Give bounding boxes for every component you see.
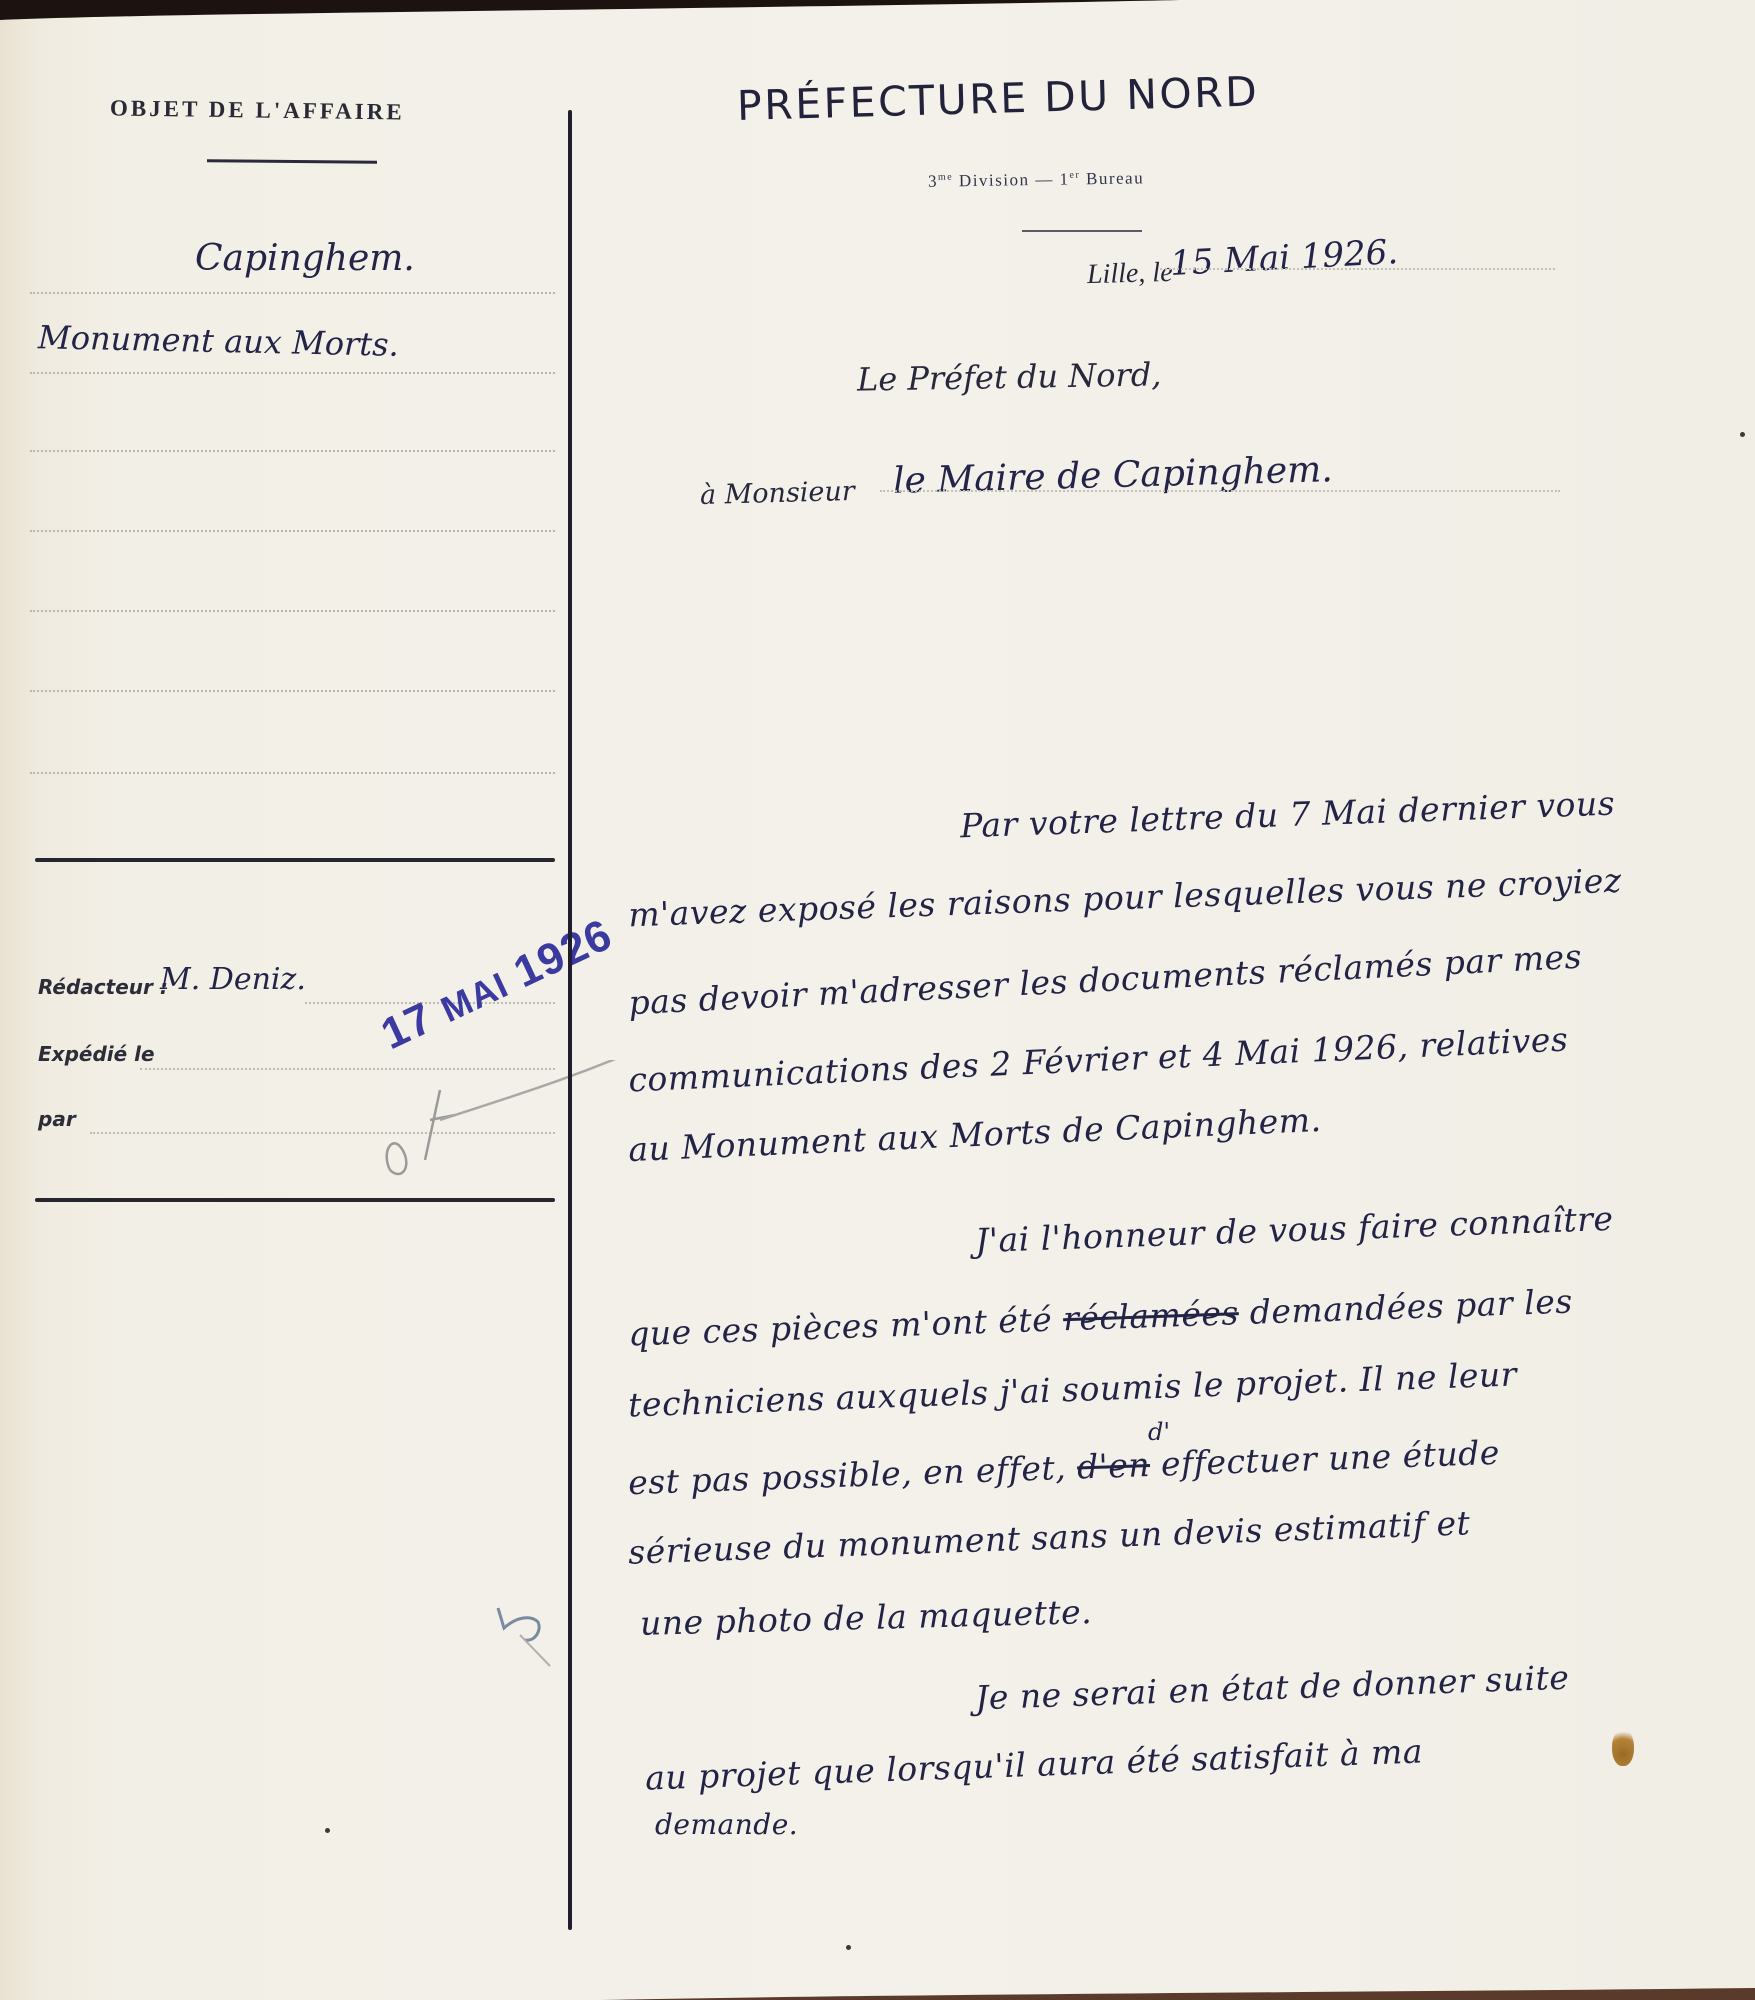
bureau-number: 1	[1059, 169, 1069, 188]
par-label: par	[38, 1107, 76, 1131]
division-suffix: me	[938, 172, 953, 183]
body-line: une photo de la maquette.	[640, 1592, 1093, 1643]
bottom-edge-shadow	[0, 1986, 1755, 2000]
body-line: est pas possible, en effet, d'en effectu…	[628, 1433, 1501, 1502]
body-fragment: est pas possible, en effet,	[628, 1448, 1067, 1502]
body-line: communications des 2 Février et 4 Mai 19…	[628, 1020, 1569, 1100]
letterhead-rule	[1022, 230, 1142, 232]
inserted-correction: d'	[1148, 1418, 1170, 1446]
struck-word: d'en	[1076, 1445, 1150, 1487]
addressee-label: à Monsieur	[700, 476, 856, 511]
ink-stain	[1612, 1728, 1634, 1766]
letterhead-title: PRÉFECTURE DU NORD	[736, 67, 1259, 130]
heading-underline	[207, 159, 377, 163]
subject-rule	[30, 292, 555, 294]
place-date-label: Lille, le	[1087, 257, 1173, 291]
subject-rule	[30, 772, 555, 774]
subject-rule	[30, 372, 555, 374]
bureau-suffix: er	[1069, 170, 1080, 181]
letter-date: 15 Mai 1926.	[1169, 232, 1399, 284]
redacteur-label: Rédacteur :	[38, 975, 168, 999]
body-line: demande.	[655, 1808, 798, 1841]
body-fragment: demandées par les	[1249, 1282, 1573, 1332]
body-line: techniciens auxquels j'ai soumis le proj…	[628, 1354, 1518, 1424]
pencil-initials-mark	[370, 1060, 670, 1195]
division-label: Division	[959, 170, 1030, 190]
subject-rule	[30, 450, 555, 452]
division-number: 3	[928, 172, 938, 191]
addressee-value: le Maire de Capinghem.	[893, 449, 1334, 501]
column-divider	[568, 110, 572, 1930]
top-binding-shadow	[0, 0, 1755, 30]
section-divider	[35, 858, 555, 862]
redacteur-value: M. Deniz.	[160, 962, 306, 997]
paper-speck	[1740, 432, 1745, 437]
subject-rule	[30, 610, 555, 612]
body-line: au Monument aux Morts de Capinghem.	[627, 1100, 1322, 1169]
subject-rule	[30, 690, 555, 692]
division-bureau-line: 3me Division — 1er Bureau	[928, 168, 1144, 191]
body-line: au projet que lorsqu'il aura été satisfa…	[645, 1731, 1424, 1797]
separator: —	[1035, 170, 1054, 189]
body-fragment: que ces pièces m'ont été	[628, 1300, 1053, 1354]
body-line: que ces pièces m'ont été réclamées deman…	[628, 1282, 1574, 1354]
section-divider	[35, 1198, 555, 1202]
sender-line: Le Préfet du Nord,	[857, 355, 1162, 398]
body-fragment: effectuer une étude	[1160, 1433, 1500, 1484]
subject-line-monument: Monument aux Morts.	[38, 318, 400, 364]
addressee-rule	[880, 490, 1560, 492]
document-page: OBJET DE L'AFFAIRE Capinghem. Monument a…	[0, 0, 1755, 2000]
subject-line-commune: Capinghem.	[195, 238, 415, 279]
body-line: m'avez exposé les raisons pour lesquelle…	[628, 861, 1623, 935]
objet-de-l-affaire-heading: OBJET DE L'AFFAIRE	[110, 95, 480, 126]
body-line: sérieuse du monument sans un devis estim…	[628, 1503, 1471, 1571]
body-line: Je ne serai en état de donner suite	[975, 1658, 1570, 1718]
stamp-year: 1926	[507, 910, 620, 997]
date-rule	[1160, 268, 1555, 270]
paper-speck	[325, 1828, 330, 1833]
paper-speck	[846, 1945, 851, 1950]
bureau-label: Bureau	[1086, 168, 1144, 188]
body-line: pas devoir m'adresser les documents récl…	[628, 937, 1583, 1023]
struck-word: réclamées	[1062, 1293, 1239, 1338]
subject-rule	[30, 530, 555, 532]
received-date-stamp: 17 MAI 1926	[374, 910, 620, 1060]
expedie-label: Expédié le	[38, 1042, 155, 1066]
body-line: Par votre lettre du 7 Mai dernier vous	[960, 784, 1616, 846]
stamp-month: MAI	[435, 964, 515, 1030]
body-line: J'ai l'honneur de vous faire connaître	[975, 1199, 1615, 1260]
margin-pencil-number	[490, 1600, 560, 1675]
